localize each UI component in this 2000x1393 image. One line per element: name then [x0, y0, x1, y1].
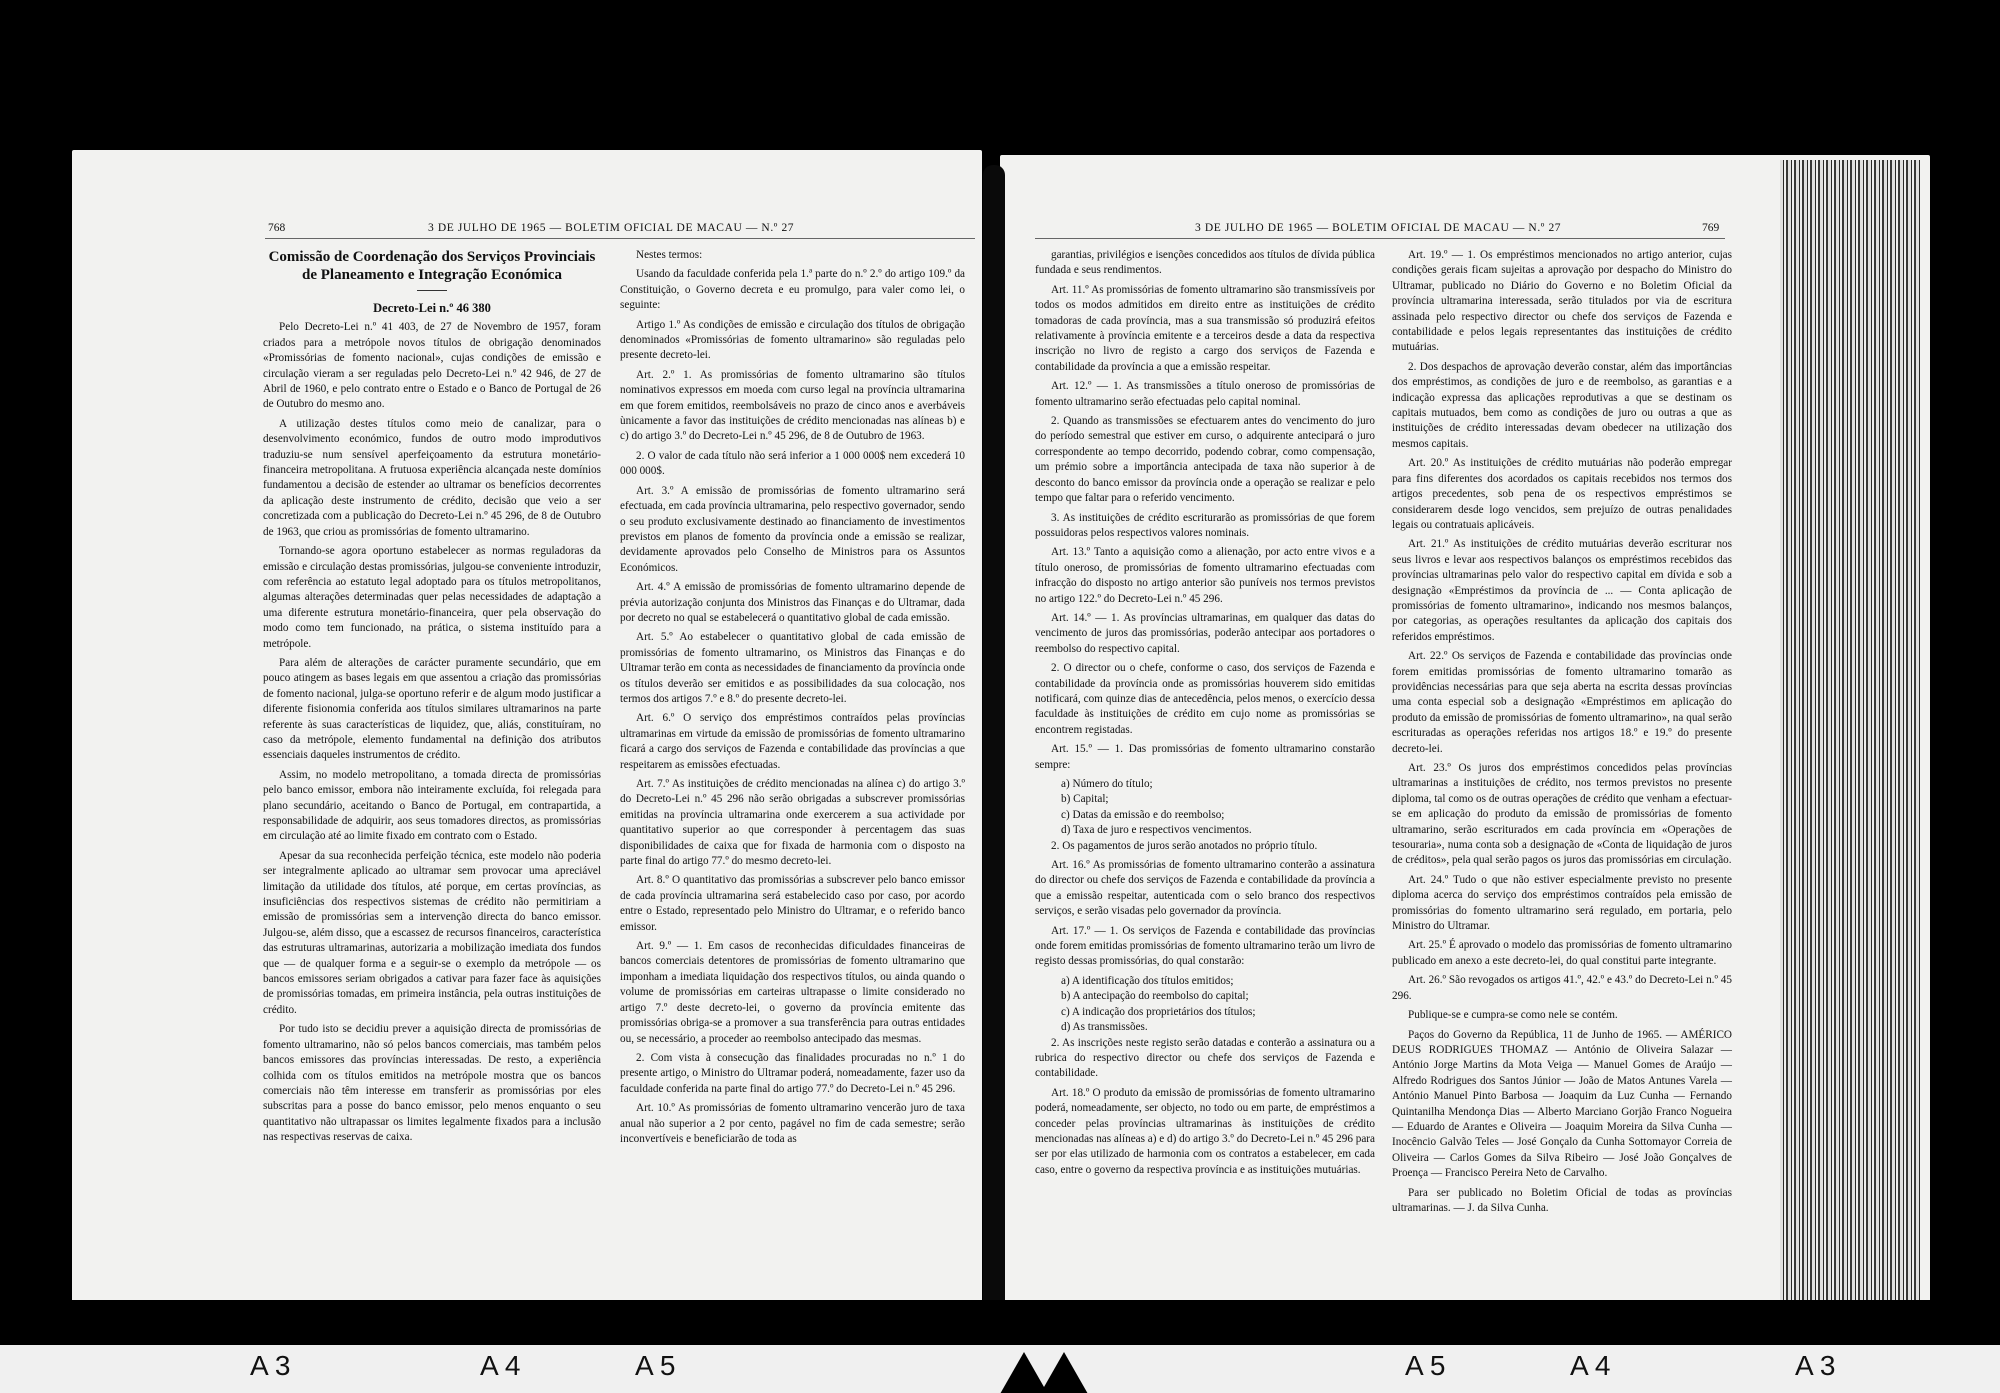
film-mark: A 3 [250, 1350, 290, 1382]
paragraph: 2. O director ou o chefe, conforme o cas… [1035, 661, 1375, 738]
paragraph: Art. 11.º As promissórias de fomento ult… [1035, 283, 1375, 375]
book-gutter [983, 165, 1005, 1310]
paragraph: Art. 18.º O produto da emissão de promis… [1035, 1086, 1375, 1178]
paragraph: 3. As instituições de crédito escriturar… [1035, 511, 1375, 542]
paragraph: Usando da faculdade conferida pela 1.ª p… [620, 267, 965, 313]
paragraph: Art. 7.º As instituições de crédito menc… [620, 777, 965, 869]
paragraph: Art. 15.º — 1. Das promissórias de fomen… [1035, 742, 1375, 773]
right-column-1: garantias, privilégios e isenções conced… [1035, 248, 1375, 1182]
paragraph: Art. 8.º O quantitativo das promissórias… [620, 873, 965, 935]
paragraph: Art. 10.º As promissórias de fomento ult… [620, 1101, 965, 1147]
paragraph: Art. 5.º Ao estabelecer o quantitativo g… [620, 630, 965, 707]
book-bottom-shadow [0, 1300, 2000, 1345]
left-column-2: Nestes termos:Usando da faculdade confer… [620, 248, 965, 1151]
paragraph: Artigo 1.º As condições de emissão e cir… [620, 318, 965, 364]
paragraph: Assim, no modelo metropolitano, a tomada… [263, 768, 601, 845]
right-page-number: 769 [1702, 222, 1719, 234]
left-running-head: 3 DE JULHO DE 1965 — BOLETIM OFICIAL DE … [428, 222, 794, 234]
paragraph: Art. 2.º 1. As promissórias de fomento u… [620, 368, 965, 445]
paragraph: Art. 9.º — 1. Em casos de reconhecidas d… [620, 939, 965, 1047]
section-title: Comissão de Coordenação dos Serviços Pro… [263, 248, 601, 284]
list-item: d) As transmissões. [1035, 1020, 1375, 1035]
paragraph: Art. 19.º — 1. Os empréstimos mencionado… [1392, 248, 1732, 356]
paragraph: Art. 16.º As promissórias de fomento ult… [1035, 858, 1375, 920]
paragraph: Art. 17.º — 1. Os serviços de Fazenda e … [1035, 924, 1375, 970]
paragraph: Art. 25.º É aprovado o modelo das promis… [1392, 938, 1732, 969]
paragraph: Por tudo isto se decidiu prever a aquisi… [263, 1022, 601, 1145]
right-running-head: 3 DE JULHO DE 1965 — BOLETIM OFICIAL DE … [1195, 222, 1561, 234]
paragraph: Publique-se e cumpra-se como nele se con… [1392, 1008, 1732, 1023]
articles-1-10: Nestes termos:Usando da faculdade confer… [620, 248, 965, 1147]
list-item: c) A indicação dos proprietários dos tít… [1035, 1005, 1375, 1020]
paragraph: Art. 14.º — 1. As províncias ultramarina… [1035, 611, 1375, 657]
paragraph: Art. 21.º As instituições de crédito mut… [1392, 537, 1732, 645]
paragraph: 2. Dos despachos de aprovação deverão co… [1392, 360, 1732, 452]
title-rule [417, 290, 447, 291]
paragraph: Art. 6.º O serviço dos empréstimos contr… [620, 711, 965, 773]
paragraph: Art. 12.º — 1. As transmissões a título … [1035, 379, 1375, 410]
articles-11-18: garantias, privilégios e isenções conced… [1035, 248, 1375, 1178]
paragraph: 2. As inscrições neste registo serão dat… [1035, 1036, 1375, 1082]
paragraph: Art. 23.º Os juros dos empréstimos conce… [1392, 761, 1732, 869]
list-item: b) Capital; [1035, 792, 1375, 807]
paragraph: Pelo Decreto-Lei n.º 41 403, de 27 de No… [263, 320, 601, 412]
paragraph: Art. 13.º Tanto a aquisição como a alien… [1035, 545, 1375, 607]
paragraph: Art. 4.º A emissão de promissórias de fo… [620, 580, 965, 626]
left-page-number: 768 [268, 222, 285, 234]
film-mark: A 4 [1570, 1350, 1610, 1382]
paragraph: Apesar da sua reconhecida perfeição técn… [263, 849, 601, 1018]
paragraph: Para além de alterações de carácter pura… [263, 656, 601, 764]
paragraph: Nestes termos: [620, 248, 965, 263]
paragraph: Para ser publicado no Boletim Oficial de… [1392, 1186, 1732, 1217]
left-header-rule [265, 238, 975, 239]
list-item: d) Taxa de juro e respectivos vencimento… [1035, 823, 1375, 838]
book-edge-right [1780, 160, 1920, 1310]
film-mark: A 3 [1795, 1350, 1835, 1382]
paragraph: Paços do Governo da República, 11 de Jun… [1392, 1028, 1732, 1182]
preamble-paragraphs: Pelo Decreto-Lei n.º 41 403, de 27 de No… [263, 320, 601, 1145]
paragraph: garantias, privilégios e isenções conced… [1035, 248, 1375, 279]
film-mark: A 5 [635, 1350, 675, 1382]
decree-number: Decreto-Lei n.º 46 380 [263, 301, 601, 316]
paragraph: Art. 20.º As instituições de crédito mut… [1392, 456, 1732, 533]
paragraph: Art. 3.º A emissão de promissórias de fo… [620, 484, 965, 576]
articles-19-26-and-signatures: Art. 19.º — 1. Os empréstimos mencionado… [1392, 248, 1732, 1216]
film-mark: A 5 [1405, 1350, 1445, 1382]
paragraph: Art. 24.º Tudo o que não estiver especia… [1392, 873, 1732, 935]
paragraph: A utilização destes títulos como meio de… [263, 417, 601, 540]
film-mark: A 4 [480, 1350, 520, 1382]
paragraph: 2. O valor de cada título não será infer… [620, 449, 965, 480]
paragraph: Art. 22.º Os serviços de Fazenda e conta… [1392, 649, 1732, 757]
paragraph: 2. Quando as transmissões se efectuarem … [1035, 414, 1375, 506]
right-column-2: Art. 19.º — 1. Os empréstimos mencionado… [1392, 248, 1732, 1220]
right-header-rule [1035, 238, 1725, 239]
list-item: b) A antecipação do reembolso do capital… [1035, 989, 1375, 1004]
paragraph: Tornando-se agora oportuno estabelecer a… [263, 544, 601, 652]
left-column-1: Comissão de Coordenação dos Serviços Pro… [263, 248, 601, 1150]
paragraph: 2. Os pagamentos de juros serão anotados… [1035, 839, 1375, 854]
paragraph: 2. Com vista à consecução das finalidade… [620, 1051, 965, 1097]
list-item: a) A identificação dos títulos emitidos; [1035, 974, 1375, 989]
list-item: c) Datas da emissão e do reembolso; [1035, 808, 1375, 823]
paragraph: Art. 26.º São revogados os artigos 41.º,… [1392, 973, 1732, 1004]
list-item: a) Número do título; [1035, 777, 1375, 792]
film-arrow-icon [1040, 1352, 1088, 1393]
